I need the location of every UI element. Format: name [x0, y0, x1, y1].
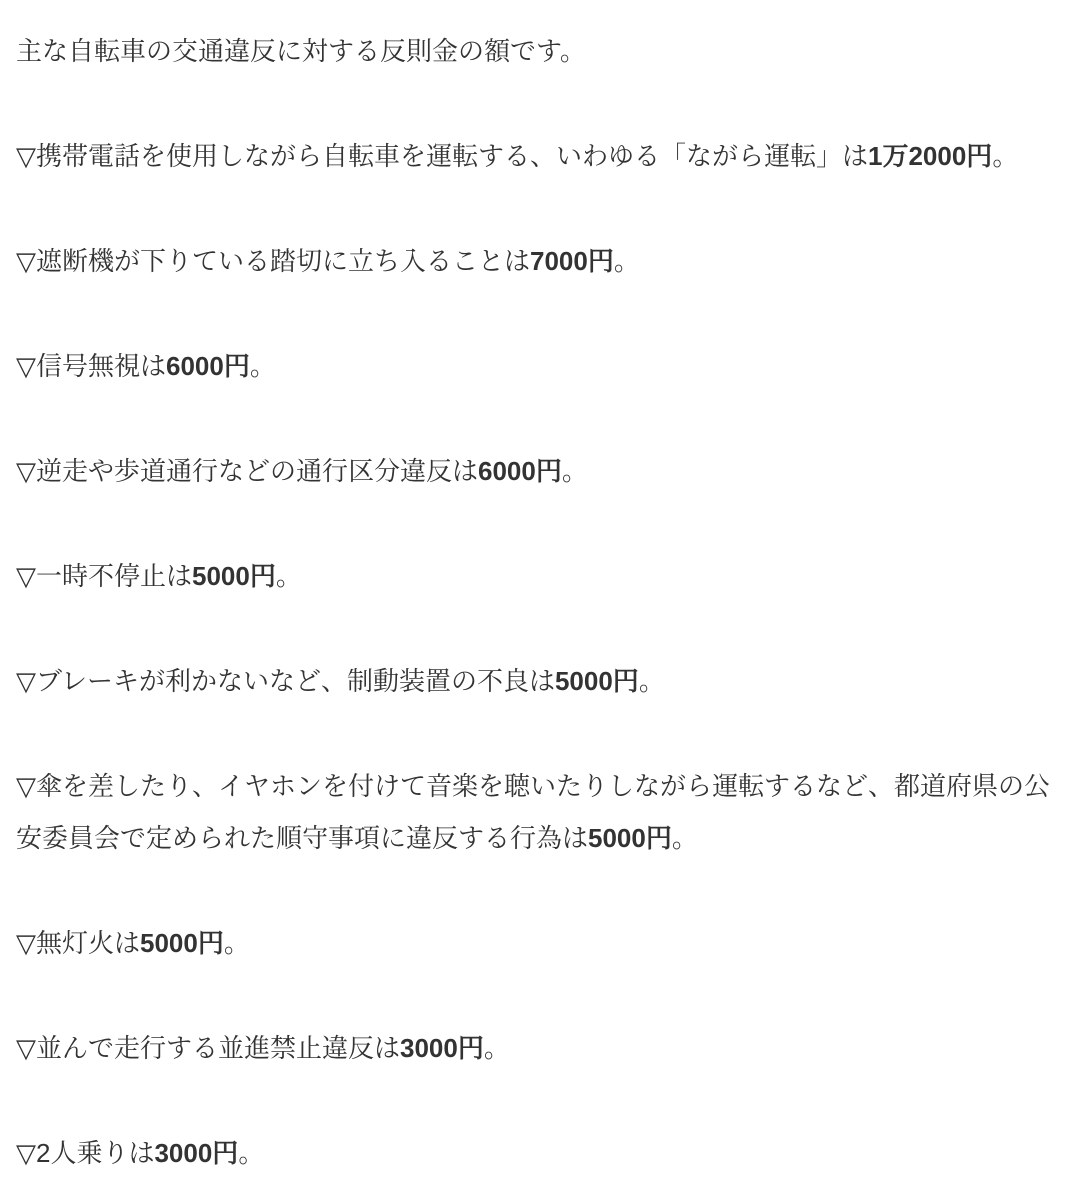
violation-description: ▽信号無視は: [16, 351, 166, 381]
fine-amount: 3000円: [400, 1033, 484, 1063]
violation-paragraph: ▽遮断機が下りている踏切に立ち入ることは7000円。: [16, 235, 1064, 287]
violation-paragraph: ▽2人乗りは3000円。: [16, 1127, 1064, 1179]
violation-description: ▽2人乗りは: [16, 1138, 154, 1168]
violation-description: ▽傘を差したり、イヤホンを付けて音楽を聴いたりしながら運転するなど、都道府県の公…: [16, 771, 1050, 853]
sentence-period: 。: [639, 666, 665, 696]
violation-paragraph: ▽信号無視は6000円。: [16, 340, 1064, 392]
fine-amount: 5000円: [140, 928, 224, 958]
violation-description: ▽ブレーキが利かないなど、制動装置の不良は: [16, 666, 555, 696]
sentence-period: 。: [992, 141, 1018, 171]
violation-paragraph: ▽並んで走行する並進禁止違反は3000円。: [16, 1022, 1064, 1074]
violation-paragraph: ▽携帯電話を使用しながら自転車を運転する、いわゆる「ながら運転」は1万2000円…: [16, 130, 1064, 182]
fine-amount: 3000円: [154, 1138, 238, 1168]
violation-paragraph: ▽無灯火は5000円。: [16, 917, 1064, 969]
sentence-period: 。: [250, 351, 276, 381]
fine-amount: 6000円: [478, 456, 562, 486]
violation-description: ▽無灯火は: [16, 928, 140, 958]
sentence-period: 。: [224, 928, 250, 958]
sentence-period: 。: [238, 1138, 264, 1168]
sentence-period: 。: [484, 1033, 510, 1063]
violation-description: ▽逆走や歩道通行などの通行区分違反は: [16, 456, 478, 486]
fine-amount: 7000円: [530, 246, 614, 276]
sentence-period: 。: [672, 823, 698, 853]
fine-amount: 6000円: [166, 351, 250, 381]
violation-description: ▽携帯電話を使用しながら自転車を運転する、いわゆる「ながら運転」は: [16, 141, 868, 171]
violation-description: ▽一時不停止は: [16, 561, 192, 591]
fine-amount: 5000円: [555, 666, 639, 696]
violation-description: ▽遮断機が下りている踏切に立ち入ることは: [16, 246, 530, 276]
fine-amount: 5000円: [192, 561, 276, 591]
violation-paragraph: ▽一時不停止は5000円。: [16, 550, 1064, 602]
fine-amount: 1万2000円: [868, 141, 992, 171]
violation-paragraph: ▽傘を差したり、イヤホンを付けて音楽を聴いたりしながら運転するなど、都道府県の公…: [16, 760, 1064, 864]
intro-text: 主な自転車の交通違反に対する反則金の額です。: [16, 36, 586, 66]
fine-amount: 5000円: [588, 823, 672, 853]
intro-paragraph: 主な自転車の交通違反に対する反則金の額です。: [16, 25, 1064, 77]
sentence-period: 。: [614, 246, 640, 276]
sentence-period: 。: [562, 456, 588, 486]
article-body: 主な自転車の交通違反に対する反則金の額です。 ▽携帯電話を使用しながら自転車を運…: [0, 0, 1080, 1195]
violation-paragraph: ▽逆走や歩道通行などの通行区分違反は6000円。: [16, 445, 1064, 497]
violation-description: ▽並んで走行する並進禁止違反は: [16, 1033, 400, 1063]
violation-paragraph: ▽ブレーキが利かないなど、制動装置の不良は5000円。: [16, 655, 1064, 707]
sentence-period: 。: [276, 561, 302, 591]
